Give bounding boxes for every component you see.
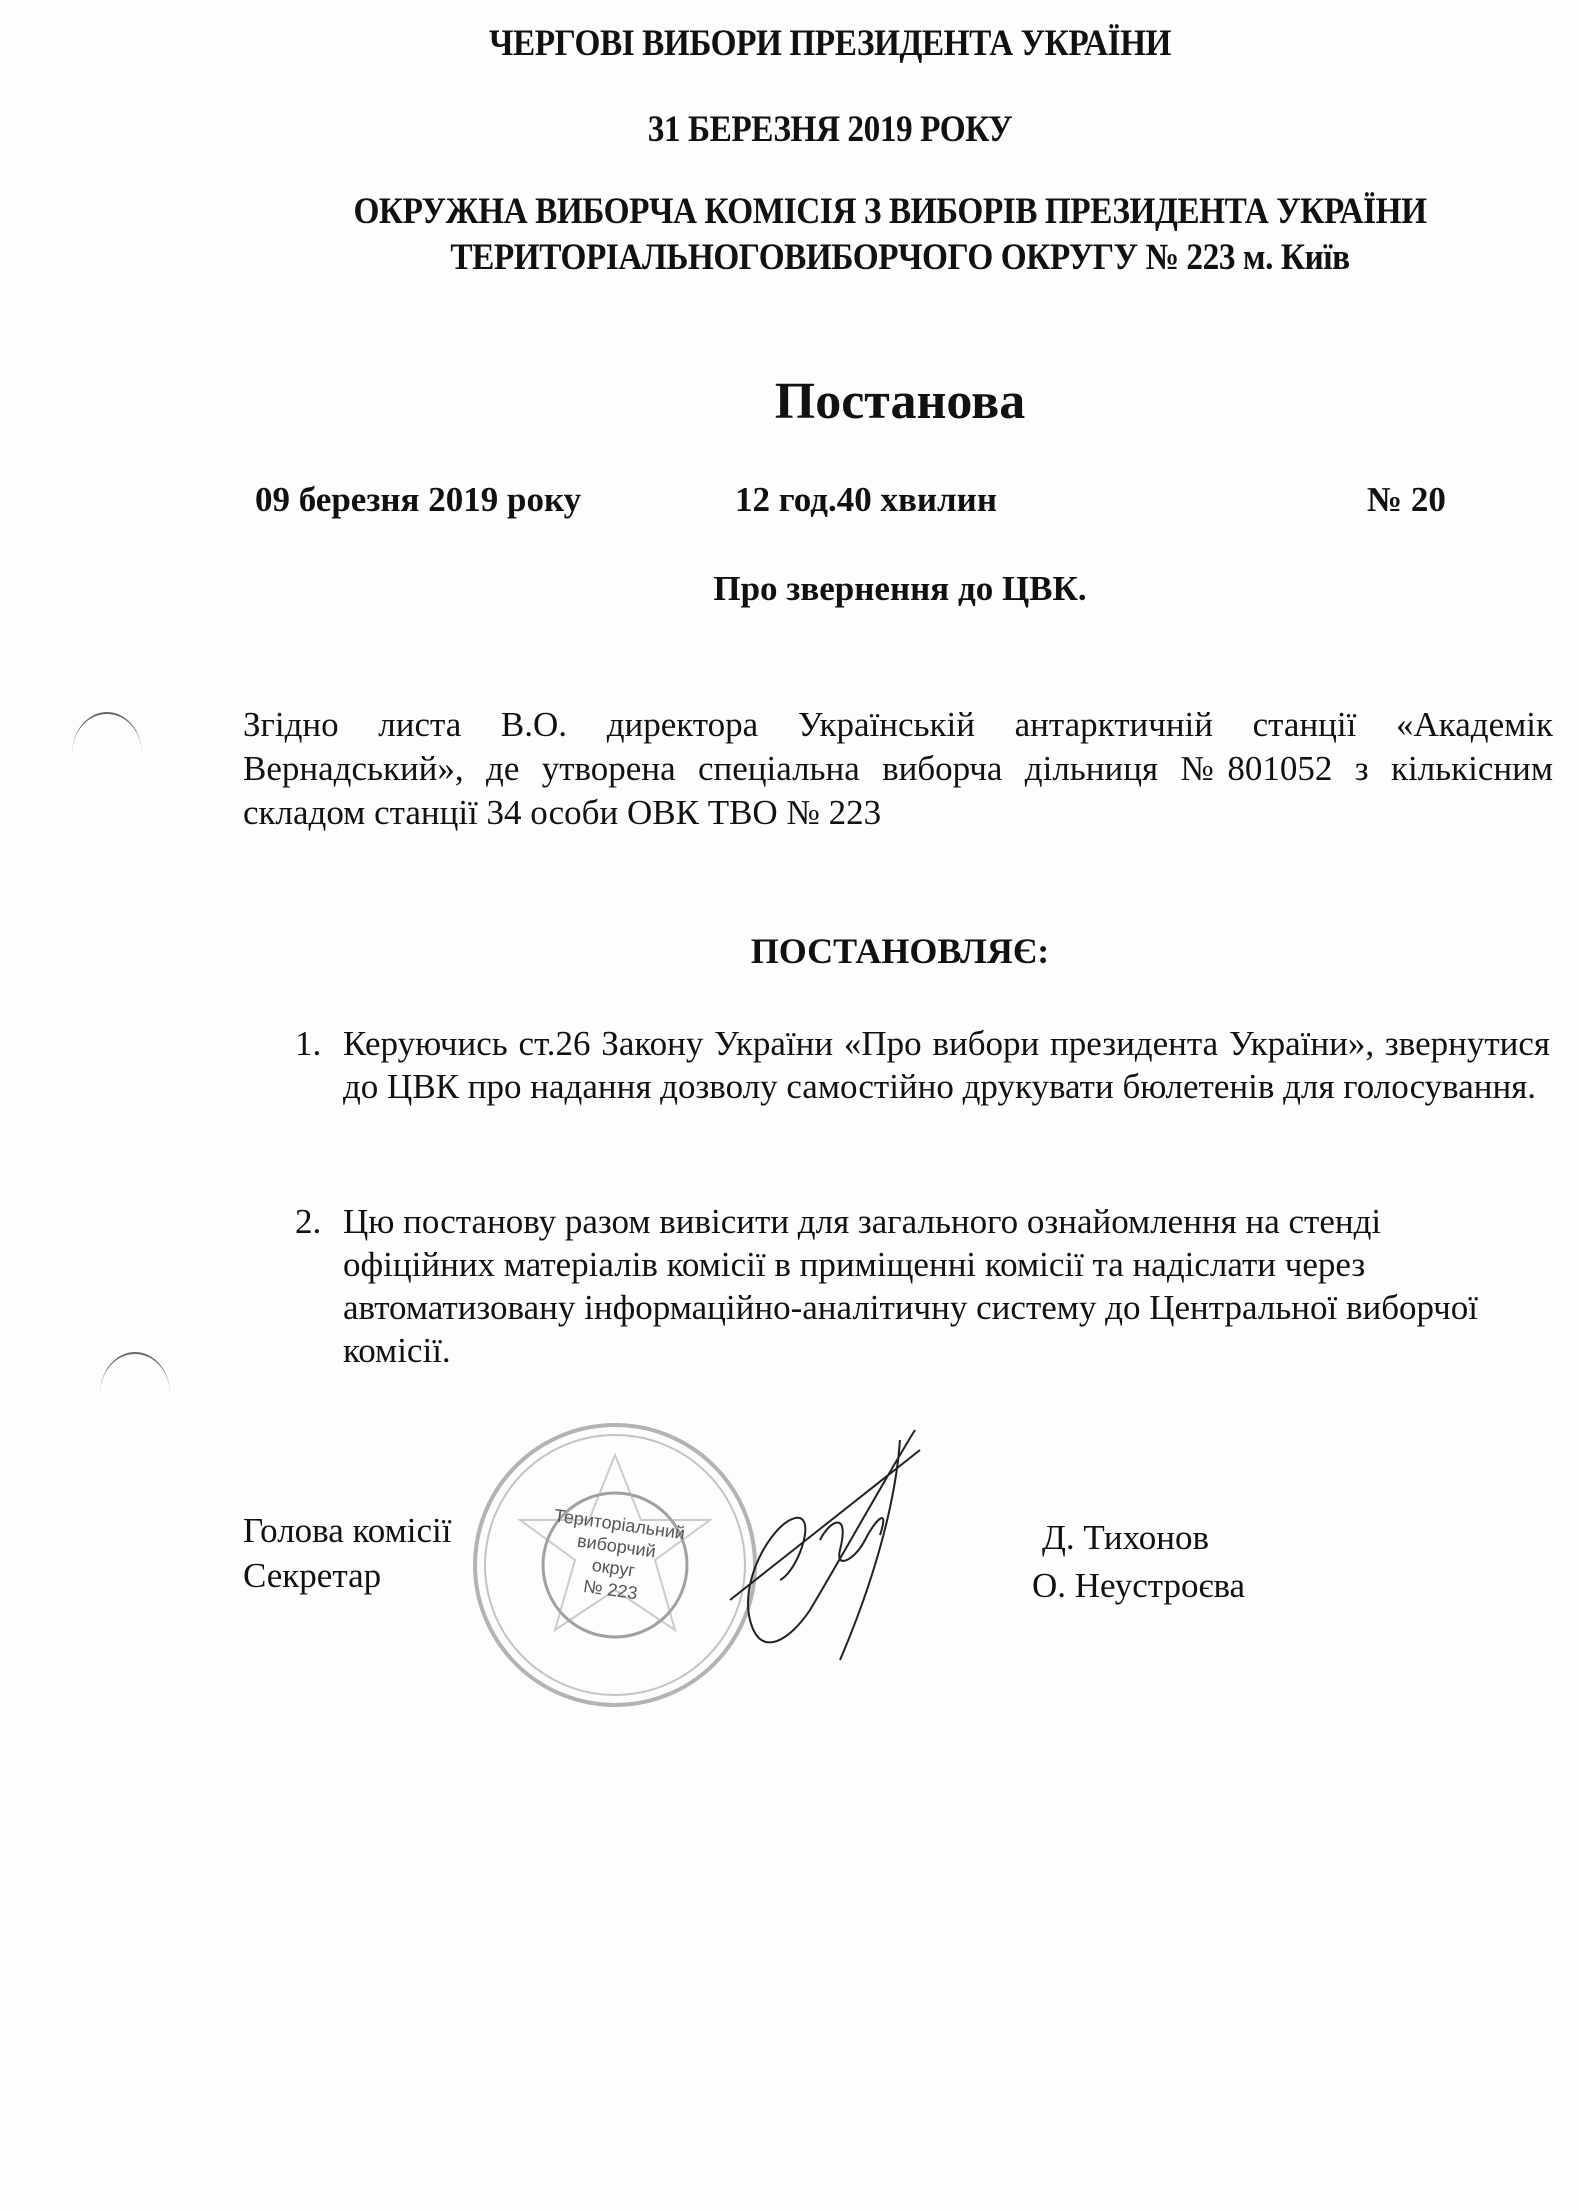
document-subject: Про звернення до ЦВК. — [580, 569, 1220, 609]
item-text: Керуючись ст.26 Закону України «Про вибо… — [343, 1022, 1550, 1108]
document-number: № 20 — [1367, 480, 1446, 520]
election-heading: ЧЕРГОВІ ВИБОРИ ПРЕЗИДЕНТА УКРАЇНИ — [380, 22, 1280, 65]
election-date: 31 БЕРЕЗНЯ 2019 РОКУ — [470, 108, 1190, 151]
secretary-role: Секретар — [243, 1553, 381, 1598]
secretary-name: О. Неустроєва — [1032, 1563, 1245, 1608]
item-number: 2. — [295, 1200, 321, 1243]
punch-hole-mark — [72, 712, 142, 754]
resolution-item-1: 1. Керуючись ст.26 Закону України «Про в… — [295, 1022, 1550, 1108]
document-time: 12 год.40 хвилин — [735, 480, 997, 520]
commission-name: ОКРУЖНА ВИБОРЧА КОМІСІЯ З ВИБОРІВ ПРЕЗИД… — [269, 190, 1511, 233]
item-text: Цю постанову разом вивісити для загально… — [343, 1200, 1525, 1372]
document-date: 09 березня 2019 року — [255, 480, 581, 520]
resolution-item-2: 2. Цю постанову разом вивісити для загал… — [295, 1200, 1525, 1372]
chair-name: Д. Тихонов — [1042, 1515, 1209, 1560]
handwritten-signature-icon — [690, 1410, 950, 1680]
district-name: ТЕРИТОРІАЛЬНОГОВИБОРЧОГО ОКРУГУ № 223 м.… — [360, 236, 1440, 279]
document-title: Постанова — [580, 372, 1220, 431]
resolve-heading: ПОСТАНОВЛЯЄ: — [600, 930, 1200, 972]
chair-role: Голова комісії — [243, 1508, 451, 1553]
preamble-paragraph: Згідно листа В.О. директора Українській … — [243, 703, 1553, 835]
item-number: 1. — [295, 1022, 321, 1065]
punch-hole-mark — [100, 1352, 170, 1394]
signature-mark — [690, 1410, 950, 1680]
